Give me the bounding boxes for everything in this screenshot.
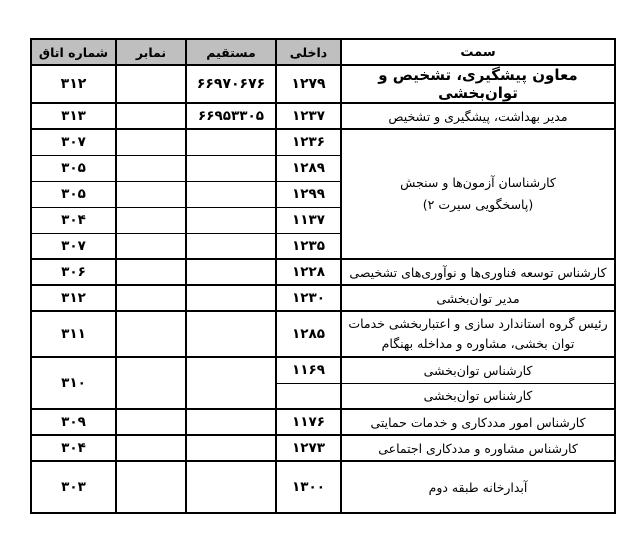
internal-cell: ۱۲۲۸ — [276, 259, 341, 285]
position-cell: کارشناس توسعه فناوری‌ها و نوآوری‌های تشخ… — [341, 259, 615, 285]
direct-cell — [186, 233, 276, 259]
direct-cell — [186, 311, 276, 357]
internal-cell: ۱۲۷۳ — [276, 435, 341, 461]
direct-cell — [186, 129, 276, 155]
table-row: کارشناس توان‌بخشی ۱۱۶۹ ۳۱۰ — [31, 357, 615, 383]
fax-cell — [116, 181, 186, 207]
room-cell: ۳۰۵ — [31, 181, 116, 207]
position-cell: کارشناس امور مددکاری و خدمات حمایتی — [341, 409, 615, 435]
internal-cell: ۱۱۳۷ — [276, 207, 341, 233]
fax-cell — [116, 311, 186, 357]
fax-cell — [116, 129, 186, 155]
table-row: مدیر بهداشت، پیشگیری و تشخیص ۱۲۳۷ ۶۶۹۵۳۳… — [31, 103, 615, 129]
position-cell: کارشناسان آزمون‌ها و سنجش (پاسخگویی سیرت… — [341, 129, 615, 259]
room-cell: ۳۰۴ — [31, 435, 116, 461]
fax-cell — [116, 103, 186, 129]
internal-cell: ۱۲۸۵ — [276, 311, 341, 357]
col-header-position: سمت — [341, 39, 615, 65]
table-row: رئیس گروه استاندارد سازی و اعتباربخشی خد… — [31, 311, 615, 357]
position-cell: معاون پیشگیری، تشخیص و توان‌بخشی — [341, 65, 615, 103]
fax-cell — [116, 155, 186, 181]
fax-cell — [116, 409, 186, 435]
fax-cell — [116, 435, 186, 461]
fax-cell — [116, 207, 186, 233]
direct-cell — [186, 155, 276, 181]
direct-cell — [186, 435, 276, 461]
room-cell: ۳۰۳ — [31, 461, 116, 513]
fax-cell — [116, 461, 186, 513]
room-cell: ۳۱۰ — [31, 357, 116, 409]
internal-cell: ۱۲۳۶ — [276, 129, 341, 155]
direct-cell — [186, 409, 276, 435]
internal-cell: ۱۲۳۵ — [276, 233, 341, 259]
internal-cell: ۱۲۸۹ — [276, 155, 341, 181]
table-row: معاون پیشگیری، تشخیص و توان‌بخشی ۱۲۷۹ ۶۶… — [31, 65, 615, 103]
room-cell: ۳۰۴ — [31, 207, 116, 233]
position-cell: کارشناس توان‌بخشی — [341, 357, 615, 383]
room-cell: ۳۱۱ — [31, 311, 116, 357]
phone-directory-table: سمت داخلی مستقیم نمابر شماره اتاق معاون … — [30, 38, 616, 514]
col-header-internal: داخلی — [276, 39, 341, 65]
col-header-fax: نمابر — [116, 39, 186, 65]
internal-cell — [276, 383, 341, 409]
position-cell: کارشناس توان‌بخشی — [341, 383, 615, 409]
direct-cell: ۶۶۹۵۳۳۰۵ — [186, 103, 276, 129]
room-cell: ۳۱۲ — [31, 285, 116, 311]
col-header-direct: مستقیم — [186, 39, 276, 65]
fax-cell — [116, 259, 186, 285]
table-row: کارشناس توسعه فناوری‌ها و نوآوری‌های تشخ… — [31, 259, 615, 285]
internal-cell: ۱۲۳۰ — [276, 285, 341, 311]
room-cell: ۳۰۹ — [31, 409, 116, 435]
direct-cell — [186, 259, 276, 285]
col-header-room: شماره اتاق — [31, 39, 116, 65]
fax-cell — [116, 357, 186, 409]
position-cell: کارشناس مشاوره و مددکاری اجتماعی — [341, 435, 615, 461]
table-row: کارشناس امور مددکاری و خدمات حمایتی ۱۱۷۶… — [31, 409, 615, 435]
room-cell: ۳۰۶ — [31, 259, 116, 285]
internal-cell: ۱۲۳۷ — [276, 103, 341, 129]
position-cell: مدیر توان‌بخشی — [341, 285, 615, 311]
room-cell: ۳۱۲ — [31, 65, 116, 103]
room-cell: ۳۰۷ — [31, 233, 116, 259]
direct-cell: ۶۶۹۷۰۶۷۶ — [186, 65, 276, 103]
table-row: آبدارخانه طبقه دوم ۱۳۰۰ ۳۰۳ — [31, 461, 615, 513]
position-cell: آبدارخانه طبقه دوم — [341, 461, 615, 513]
direct-cell — [186, 181, 276, 207]
direct-cell — [186, 207, 276, 233]
room-cell: ۳۰۷ — [31, 129, 116, 155]
header-row: سمت داخلی مستقیم نمابر شماره اتاق — [31, 39, 615, 65]
internal-cell: ۱۱۷۶ — [276, 409, 341, 435]
position-cell: رئیس گروه استاندارد سازی و اعتباربخشی خد… — [341, 311, 615, 357]
document-page: سمت داخلی مستقیم نمابر شماره اتاق معاون … — [0, 0, 640, 544]
fax-cell — [116, 233, 186, 259]
table-row: مدیر توان‌بخشی ۱۲۳۰ ۳۱۲ — [31, 285, 615, 311]
fax-cell — [116, 65, 186, 103]
position-cell: مدیر بهداشت، پیشگیری و تشخیص — [341, 103, 615, 129]
direct-cell — [186, 461, 276, 513]
direct-cell — [186, 357, 276, 409]
fax-cell — [116, 285, 186, 311]
room-cell: ۳۱۳ — [31, 103, 116, 129]
internal-cell: ۱۱۶۹ — [276, 357, 341, 383]
internal-cell: ۱۲۷۹ — [276, 65, 341, 103]
direct-cell — [186, 285, 276, 311]
room-cell: ۳۰۵ — [31, 155, 116, 181]
table-row: کارشناسان آزمون‌ها و سنجش (پاسخگویی سیرت… — [31, 129, 615, 155]
internal-cell: ۱۲۹۹ — [276, 181, 341, 207]
internal-cell: ۱۳۰۰ — [276, 461, 341, 513]
table-row: کارشناس مشاوره و مددکاری اجتماعی ۱۲۷۳ ۳۰… — [31, 435, 615, 461]
